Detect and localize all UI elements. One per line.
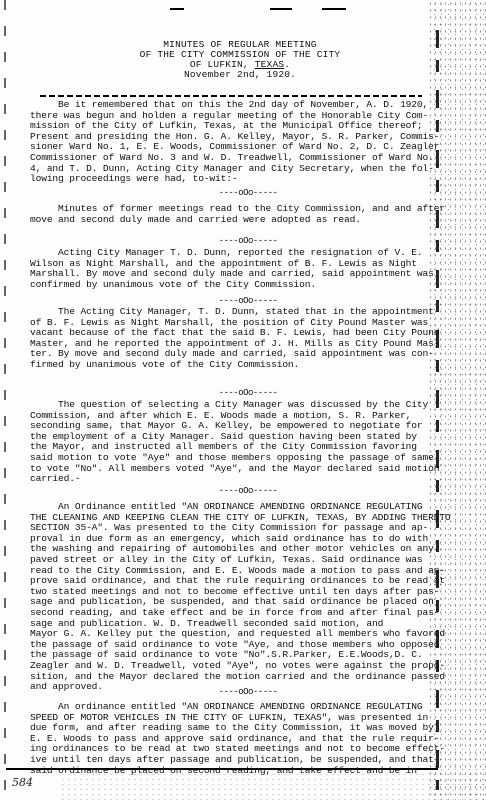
header-divider <box>40 95 422 97</box>
text-line: Minutes of former meetings read to the C… <box>30 204 438 215</box>
text-line: Commissioner of Ward No. 3 and W. D. Tre… <box>30 153 438 164</box>
text-line: An ordinance entitled "AN ORDINANCE AMEN… <box>30 702 438 713</box>
scan-mark <box>270 8 292 10</box>
document-header: MINUTES OF REGULAR MEETING OF THE CITY C… <box>110 40 370 80</box>
text-line: firmed by unanimous vote of the City Com… <box>30 360 438 371</box>
scan-edge-line-left <box>4 0 6 800</box>
text-line: lowing proceedings were had, to-wit:- <box>30 174 438 185</box>
paragraph-pound-master: The Acting City Manager, T. D. Dunn, sta… <box>30 307 438 371</box>
section-separator: ----oOo----- <box>0 486 486 496</box>
section-separator: ----oOo----- <box>0 687 486 697</box>
text-line: move and second duly made and carried we… <box>30 215 438 226</box>
paragraph-minutes: Minutes of former meetings read to the C… <box>30 204 438 225</box>
text-line: carried.- <box>30 474 438 485</box>
section-separator: ----oOo----- <box>0 236 486 246</box>
meeting-date: November 2nd, 1920. <box>110 70 370 80</box>
paragraph-ordinance-2: An ordinance entitled "AN ORDINANCE AMEN… <box>30 702 438 776</box>
page-number: 584 <box>12 776 33 789</box>
text-line: Acting City Manager T. D. Dunn, reported… <box>30 248 438 259</box>
paragraph-night-marshall: Acting City Manager T. D. Dunn, reported… <box>30 248 438 290</box>
text-line: The Acting City Manager, T. D. Dunn, sta… <box>30 307 438 318</box>
section-separator: ----oOo----- <box>0 388 486 398</box>
text-line: confirmed by unanimous vote of the City … <box>30 280 438 291</box>
scan-mark <box>170 8 184 10</box>
text-line: Be it remembered that on this the 2nd da… <box>30 100 438 111</box>
scan-mark <box>322 8 346 10</box>
bottom-divider <box>6 768 438 770</box>
text-line: to vote "No". All members voted "Aye", a… <box>30 464 438 475</box>
text-line: paved street or alley in the City of Luf… <box>30 555 438 566</box>
text-line: ive until ten days after passage and pub… <box>30 755 438 766</box>
text-line: The question of selecting a City Manager… <box>30 400 438 411</box>
text-line: said motion to vote "Aye" and those memb… <box>30 453 438 464</box>
paragraph-ordinance-1: An Ordinance entitled "AN ORDINANCE AMEN… <box>30 502 438 693</box>
text-line: Zeagler and W. D. Treadwell, voted "Aye"… <box>30 661 438 672</box>
scan-noise-bottom <box>60 772 486 800</box>
paragraph-opening: Be it remembered that on this the 2nd da… <box>30 100 438 185</box>
text-line: An Ordinance entitled "AN ORDINANCE AMEN… <box>30 502 438 513</box>
paragraph-city-manager: The question of selecting a City Manager… <box>30 400 438 485</box>
scanned-page: MINUTES OF REGULAR MEETING OF THE CITY C… <box>0 0 486 800</box>
section-separator: ----oOo----- <box>0 296 486 306</box>
section-separator: ----oOo----- <box>0 188 486 198</box>
text-line: second reading, and take effect and be i… <box>30 608 438 619</box>
